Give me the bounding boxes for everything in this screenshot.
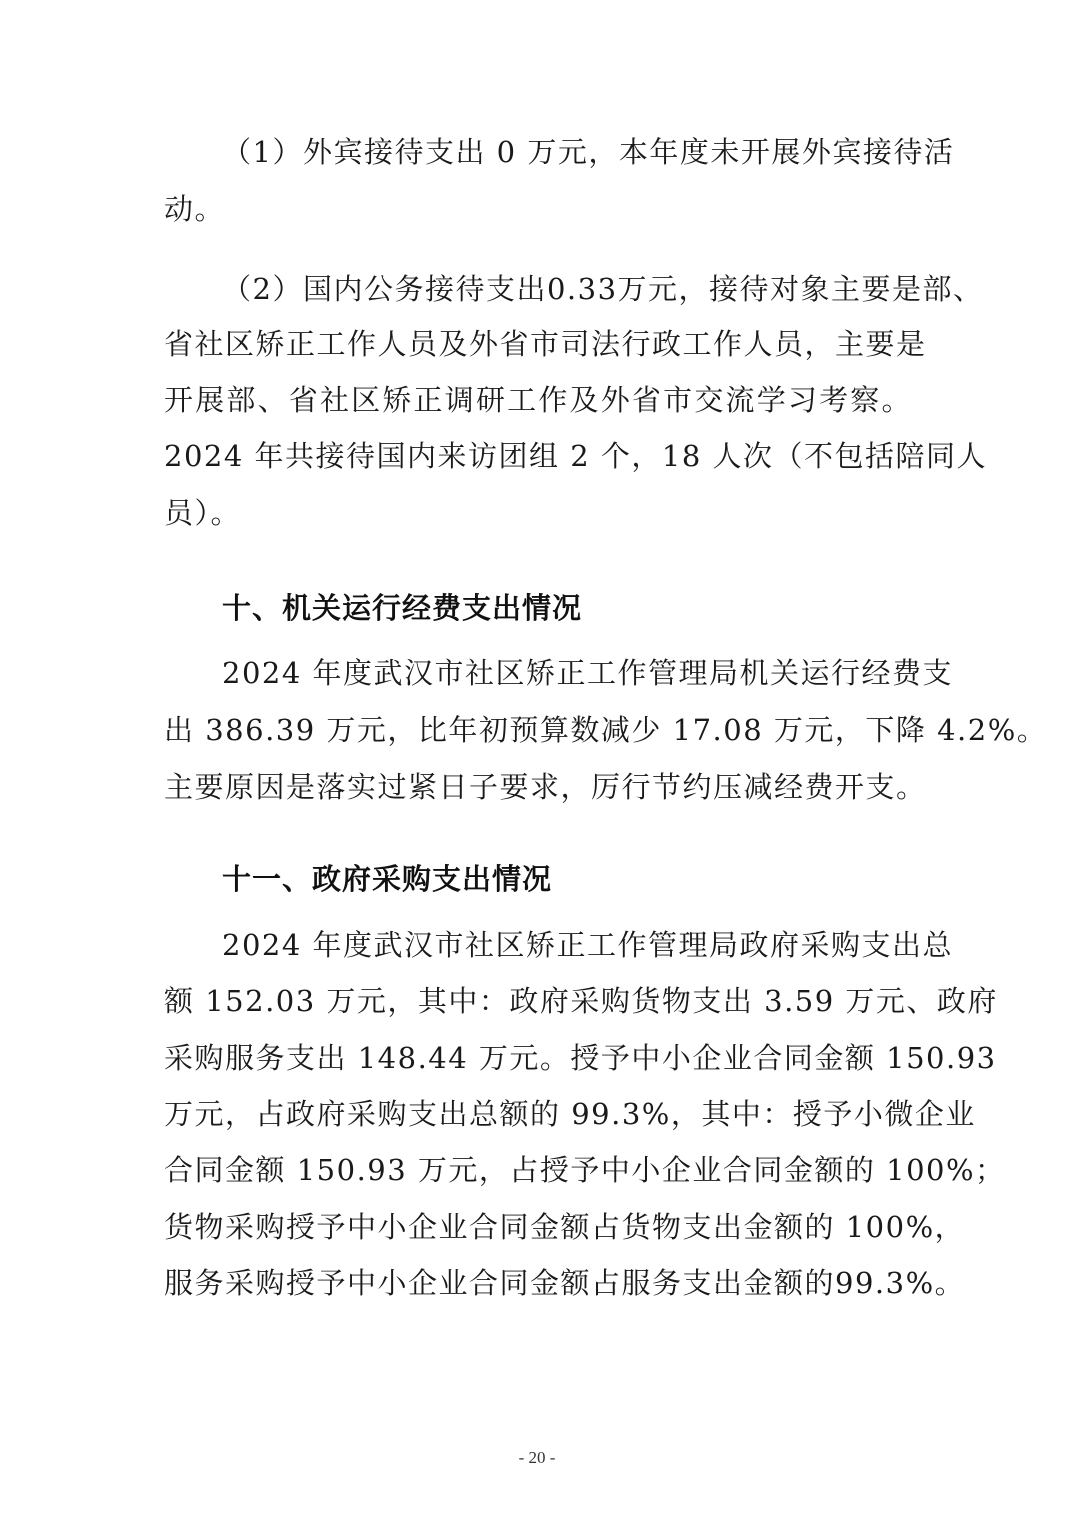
paragraph-line: 动。	[164, 192, 225, 226]
paragraph-line: 额 152.03 万元，其中：政府采购货物支出 3.59 万元、政府	[164, 984, 998, 1018]
paragraph-line: 出 386.39 万元，比年初预算数减少 17.08 万元，下降 4.2%。	[164, 713, 1047, 747]
paragraph-line: 员）。	[164, 496, 241, 530]
section-heading: 十一、政府采购支出情况	[222, 862, 552, 896]
paragraph-line: 开展部、省社区矫正调研工作及外省市交流学习考察。	[164, 383, 912, 417]
paragraph-line: 2024 年共接待国内来访团组 2 个，18 人次（不包括陪同人	[164, 439, 987, 473]
paragraph-line: 2024 年度武汉市社区矫正工作管理局政府采购支出总	[222, 928, 953, 962]
section-heading: 十、机关运行经费支出情况	[222, 591, 582, 625]
paragraph-line: 主要原因是落实过紧日子要求，厉行节约压减经费开支。	[164, 770, 927, 804]
document-page: （1）外宾接待支出 0 万元，本年度未开展外宾接待活 动。 （2）国内公务接待支…	[0, 0, 1074, 1520]
paragraph-line: 服务采购授予中小企业合同金额占服务支出金额的99.3%。	[164, 1266, 965, 1300]
paragraph-line: 货物采购授予中小企业合同金额占货物支出金额的 100%，	[164, 1210, 965, 1244]
paragraph-line: 省社区矫正工作人员及外省市司法行政工作人员，主要是	[164, 327, 912, 361]
paragraph-line: 2024 年度武汉市社区矫正工作管理局机关运行经费支	[222, 656, 953, 690]
paragraph-line: （1）外宾接待支出 0 万元，本年度未开展外宾接待活	[222, 135, 954, 169]
paragraph-line: 万元，占政府采购支出总额的 99.3%，其中：授予小微企业	[164, 1097, 976, 1131]
paragraph-line: 合同金额 150.93 万元，占授予中小企业合同金额的 100%；	[164, 1153, 1006, 1187]
page-number: - 20 -	[0, 1448, 1074, 1468]
paragraph-line: （2）国内公务接待支出0.33万元，接待对象主要是部、	[222, 272, 984, 306]
paragraph-line: 采购服务支出 148.44 万元。授予中小企业合同金额 150.93	[164, 1041, 997, 1075]
